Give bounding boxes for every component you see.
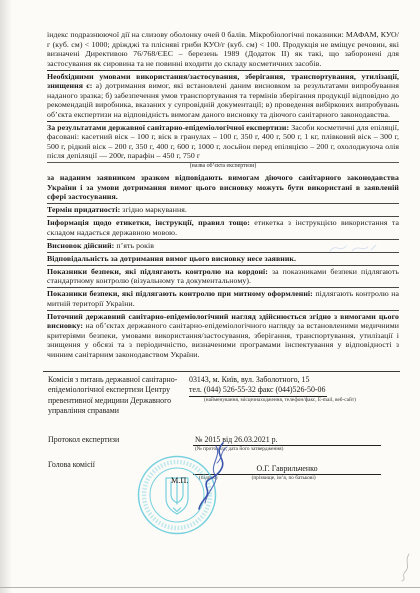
stamp-place-label: М.П. bbox=[171, 476, 188, 485]
commission-address-block: 03143, м. Київ, вул. Заболотного, 15 тел… bbox=[188, 375, 400, 431]
expertise-section: індекс подразнюючої дії на слизову оболо… bbox=[47, 29, 399, 71]
expertise-sections: індекс подразнюючої дії на слизову оболо… bbox=[47, 29, 399, 361]
object-name-caption: (назва об’єкта експертизи) bbox=[47, 162, 399, 171]
section-text: згідно маркування. bbox=[122, 205, 187, 214]
section-paragraph: Поточний державний санітарно-епідеміолог… bbox=[47, 312, 399, 360]
section-heading: Показники безпеки, які підлягають контро… bbox=[47, 289, 313, 298]
section-heading: Відповідальність за дотримання вимог цьо… bbox=[47, 254, 296, 263]
handwriting-trace bbox=[328, 241, 378, 255]
scanned-certificate-page: індекс подразнюючої дії на слизову оболо… bbox=[0, 0, 420, 593]
expertise-section: Показники безпеки, які підлягають контро… bbox=[47, 288, 399, 311]
address-field-caption: (найменування, місцезнаходження, телефон… bbox=[189, 397, 371, 404]
section-heading: За результатами державної санітарно-епід… bbox=[47, 123, 289, 132]
section-paragraph: індекс подразнюючої дії на слизову оболо… bbox=[47, 30, 399, 68]
document-body: індекс подразнюючої дії на слизову оболо… bbox=[0, 0, 420, 361]
expertise-section: За результатами державної санітарно-епід… bbox=[47, 122, 399, 173]
section-heading: за наданим заявником зразком відповідают… bbox=[47, 173, 399, 201]
commission-name: Комісія з питань державної санітарно-епі… bbox=[43, 375, 188, 431]
section-heading: Інформація щодо етикетки, інструкції, пр… bbox=[47, 218, 250, 227]
section-paragraph: Показники безпеки, які підлягають контро… bbox=[47, 267, 399, 286]
expertise-section: Показники безпеки, які підлягають контро… bbox=[47, 266, 399, 289]
signature-ink bbox=[192, 440, 238, 514]
section-heading: Показники безпеки, які підлягають контро… bbox=[47, 267, 268, 276]
expertise-section: Інформація щодо етикетки, інструкції, пр… bbox=[47, 217, 399, 240]
section-paragraph: Показники безпеки, які підлягають контро… bbox=[47, 289, 399, 308]
section-paragraph: Інформація щодо етикетки, інструкції, пр… bbox=[47, 218, 399, 237]
section-paragraph: Термін придатності: згідно маркування. bbox=[47, 205, 399, 215]
section-text: на об’єктах державного санітарно-епідемі… bbox=[47, 321, 399, 359]
commission-address: 03143, м. Київ, вул. Заболотного, 15 bbox=[189, 375, 400, 385]
section-paragraph: За результатами державної санітарно-епід… bbox=[47, 123, 399, 161]
protocol-label: Протокол експертизи bbox=[43, 435, 188, 453]
expertise-section: за наданим заявником зразком відповідают… bbox=[47, 172, 399, 204]
expertise-section: Термін придатності: згідно маркування. bbox=[47, 204, 399, 217]
section-text: індекс подразнюючої дії на слизову оболо… bbox=[47, 30, 399, 68]
section-heading: Висновок дійсний: bbox=[47, 241, 114, 250]
section-text: а) дотримання вимог, які встановлені дан… bbox=[47, 81, 399, 119]
commission-phone: тел. (044) 526-55-32 факс (044)526-50-06 bbox=[189, 385, 327, 396]
expertise-section: Необхідними умовами використання/застосу… bbox=[47, 71, 399, 122]
scan-edge-line bbox=[0, 587, 420, 588]
section-paragraph: за наданим заявником зразком відповідают… bbox=[47, 173, 399, 202]
fullname-field-caption: (прізвище, ім’я, по батькові) bbox=[252, 475, 316, 482]
pencil-mark bbox=[395, 552, 415, 584]
section-heading: Термін придатності: bbox=[47, 205, 120, 214]
section-text: п’ять років bbox=[116, 241, 154, 250]
expertise-section: Поточний державний санітарно-епідеміолог… bbox=[47, 311, 399, 361]
section-paragraph: Необхідними умовами використання/застосу… bbox=[47, 72, 399, 120]
